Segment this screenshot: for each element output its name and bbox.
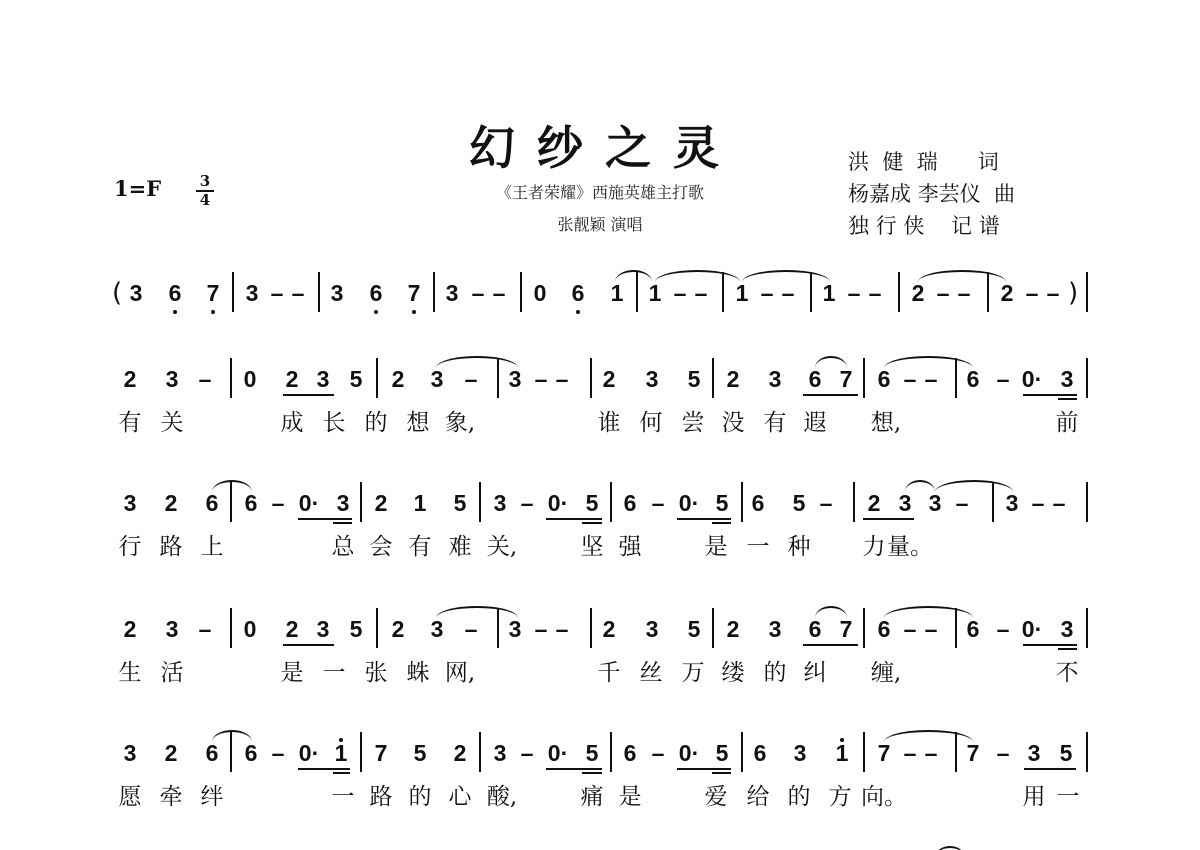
dash-extension: –: [925, 616, 938, 642]
barline: [853, 482, 855, 522]
note: 3: [130, 280, 143, 306]
note: 2: [727, 616, 740, 642]
lyric-char: 有: [409, 528, 432, 561]
note: 5: [688, 366, 701, 392]
barline: [1086, 272, 1088, 312]
dash-extension: –: [761, 280, 774, 306]
performer-credit: 张靓颖 演唱: [0, 212, 1200, 235]
note: 6: [624, 740, 637, 766]
dash-extension: –: [925, 740, 938, 766]
lyric-char: 遐: [804, 404, 827, 437]
low-octave-dot: [374, 310, 378, 314]
barline: [1086, 732, 1088, 772]
barline: [898, 272, 900, 312]
note: 0·: [1022, 366, 1042, 392]
note: 6: [752, 490, 765, 516]
note: 7: [408, 280, 421, 306]
barline: [479, 732, 481, 772]
lyric-char: 一: [1057, 778, 1080, 811]
note: 5: [586, 740, 599, 766]
lyric-char: 纠: [804, 654, 827, 687]
beam-underline: [803, 644, 858, 646]
lyric-char: 有: [119, 404, 142, 437]
barline: [590, 608, 592, 648]
dash-extension: –: [465, 616, 478, 642]
note: 3: [769, 616, 782, 642]
note: 2: [375, 490, 388, 516]
lyric-char: 是: [281, 654, 304, 687]
dash-extension: –: [472, 280, 485, 306]
barline: [863, 608, 865, 648]
lyric-char: 缠,: [871, 654, 901, 687]
note: 6: [809, 616, 822, 642]
lyric-char: 象,: [445, 404, 475, 437]
note: 0·: [299, 490, 319, 516]
beam-underline: [803, 394, 858, 396]
lyric-char: 前: [1056, 404, 1079, 437]
slur-tie: [615, 270, 652, 282]
low-octave-dot: [173, 310, 177, 314]
lyric-char: 缕: [722, 654, 745, 687]
lyric-char: 万: [682, 654, 705, 687]
barline: [360, 482, 362, 522]
lyric-char: 路: [370, 778, 393, 811]
slur-tie: [884, 606, 973, 618]
note: 7: [840, 616, 853, 642]
slur-tie: [905, 480, 935, 492]
barline: [433, 272, 435, 312]
lyric-char: 用: [1023, 778, 1046, 811]
key-signature: 1=F: [114, 176, 161, 201]
note: 2: [868, 490, 881, 516]
note: 6: [245, 490, 258, 516]
beam-underline: [677, 768, 731, 770]
note: 1: [611, 280, 624, 306]
lyric-char: 会: [370, 528, 393, 561]
note: 2: [727, 366, 740, 392]
dash-extension: –: [272, 740, 285, 766]
notation-row: 3266–0·32153–0·56–0·565–233–3––行路上总会有难关,…: [0, 490, 1200, 600]
note: 6: [572, 280, 585, 306]
note: 6: [809, 366, 822, 392]
dash-extension: –: [904, 616, 917, 642]
note: 6: [206, 490, 219, 516]
note: 1: [335, 740, 348, 766]
note: 3: [929, 490, 942, 516]
barline: [376, 358, 378, 398]
note: 3: [431, 616, 444, 642]
note: 3: [166, 366, 179, 392]
note: 5: [688, 616, 701, 642]
note: 7: [840, 366, 853, 392]
note: 2: [392, 366, 405, 392]
dash-extension: –: [556, 366, 569, 392]
note: 2: [286, 366, 299, 392]
high-octave-dot: [840, 738, 844, 742]
lyric-char: 关,: [487, 528, 517, 561]
note: 3: [1006, 490, 1019, 516]
lyric-char: 强: [619, 528, 642, 561]
dash-extension: –: [869, 280, 882, 306]
title-char: 纱: [537, 112, 605, 178]
dash-extension: –: [535, 366, 548, 392]
slur-tie: [935, 480, 1013, 492]
low-octave-dot: [576, 310, 580, 314]
dash-extension: –: [956, 490, 969, 516]
note: 6: [206, 740, 219, 766]
note: 3: [446, 280, 459, 306]
dash-extension: –: [997, 616, 1010, 642]
dash-extension: –: [521, 490, 534, 516]
lyric-char: 给: [747, 778, 770, 811]
lyric-char: 一: [323, 654, 346, 687]
high-octave-dot: [339, 738, 343, 742]
note: 5: [454, 490, 467, 516]
barline: [590, 358, 592, 398]
note: 3: [509, 616, 522, 642]
lyric-char: 绊: [201, 778, 224, 811]
transcriber-credit: 独 行 侠 记 谱: [848, 210, 1015, 242]
lyric-char: 痛: [581, 778, 604, 811]
note: 5: [414, 740, 427, 766]
slur-tie: [884, 730, 973, 742]
note: 0: [534, 280, 547, 306]
lyric-char: 的: [764, 654, 787, 687]
note: 3: [794, 740, 807, 766]
note: 3: [509, 366, 522, 392]
slur-tie: [918, 270, 1006, 282]
dash-extension: –: [493, 280, 506, 306]
dash-extension: –: [937, 280, 950, 306]
note: 0·: [679, 490, 699, 516]
lyric-char: 种: [788, 528, 811, 561]
lyric-char: 力: [863, 528, 886, 561]
dash-extension: –: [292, 280, 305, 306]
barline: [230, 358, 232, 398]
note: 2: [454, 740, 467, 766]
lyric-char: 想,: [871, 404, 901, 437]
dash-extension: –: [848, 280, 861, 306]
note: 5: [1060, 740, 1073, 766]
dash-extension: –: [199, 616, 212, 642]
dash-extension: –: [1032, 490, 1045, 516]
composer-credit: 杨嘉成 李芸仪 曲: [848, 178, 1015, 210]
note: 0: [244, 616, 257, 642]
beam-underline: [1024, 768, 1076, 770]
barline: [610, 482, 612, 522]
note: 2: [603, 366, 616, 392]
beam-underline: [333, 772, 350, 774]
note: 7: [207, 280, 220, 306]
dash-extension: –: [925, 366, 938, 392]
dash-extension: –: [652, 490, 665, 516]
note: 2: [603, 616, 616, 642]
lyric-char: 网,: [445, 654, 475, 687]
barline: [712, 358, 714, 398]
note: 2: [124, 616, 137, 642]
lyric-char: 总: [332, 528, 355, 561]
low-octave-dot: [211, 310, 215, 314]
low-octave-dot: [412, 310, 416, 314]
lyric-char: 谁: [598, 404, 621, 437]
beam-underline: [546, 518, 602, 520]
barline: [230, 608, 232, 648]
lyric-char: 张: [365, 654, 388, 687]
note: 6: [624, 490, 637, 516]
note: 1: [649, 280, 662, 306]
note: 3: [1028, 740, 1041, 766]
note: 3: [124, 490, 137, 516]
beam-underline: [298, 768, 350, 770]
lyric-char: 的: [788, 778, 811, 811]
barline: [479, 482, 481, 522]
note: 3: [317, 366, 330, 392]
dash-extension: –: [958, 280, 971, 306]
lyric-char: 是: [619, 778, 642, 811]
barline: [318, 272, 320, 312]
slur-tie: [436, 606, 518, 618]
notation-row: 23–023523–3––23523676––6–0·3生活是一张蛛网,千丝万缕…: [0, 616, 1200, 726]
note: 3: [166, 616, 179, 642]
note: 6: [169, 280, 182, 306]
note: 6: [878, 616, 891, 642]
dash-extension: –: [782, 280, 795, 306]
note: 3: [646, 616, 659, 642]
note: 3: [646, 366, 659, 392]
beam-underline: [546, 768, 602, 770]
dash-extension: –: [521, 740, 534, 766]
lyric-char: 没: [722, 404, 745, 437]
slur-tie: [815, 606, 847, 618]
beam-underline: [582, 772, 602, 774]
lyric-char: 是: [705, 528, 728, 561]
dash-extension: –: [695, 280, 708, 306]
note: 7: [967, 740, 980, 766]
note: 3: [494, 490, 507, 516]
note: 0·: [1022, 616, 1042, 642]
slur-tie: [212, 730, 252, 742]
lyric-char: 长: [323, 404, 346, 437]
lyric-char: 有: [764, 404, 787, 437]
dash-extension: –: [820, 490, 833, 516]
beam-underline: [712, 772, 731, 774]
song-title: 幻纱之灵: [0, 112, 1200, 178]
note: 6: [878, 366, 891, 392]
notation-row: 3266–0·17523–0·56–0·56317––7–35愿牵绊一路的心酸,…: [0, 740, 1200, 850]
note: 1: [736, 280, 749, 306]
dash-extension: –: [997, 366, 1010, 392]
note: 3: [769, 366, 782, 392]
note: 5: [793, 490, 806, 516]
dash-extension: –: [199, 366, 212, 392]
note: 3: [899, 490, 912, 516]
dash-extension: –: [272, 490, 285, 516]
note: 6: [967, 616, 980, 642]
slur-tie: [212, 480, 252, 492]
barline: [1086, 482, 1088, 522]
slur-tie: [655, 270, 740, 282]
note: 0·: [299, 740, 319, 766]
note: 2: [165, 740, 178, 766]
barline: [610, 732, 612, 772]
dash-extension: –: [556, 616, 569, 642]
note: 6: [245, 740, 258, 766]
dash-extension: –: [674, 280, 687, 306]
barline: [863, 732, 865, 772]
beam-underline: [298, 518, 352, 520]
lyric-char: 愿: [119, 778, 142, 811]
note: 2: [392, 616, 405, 642]
note: 1: [836, 740, 849, 766]
lyric-char: 生: [119, 654, 142, 687]
beam-underline: [1058, 648, 1077, 650]
barline: [1086, 358, 1088, 398]
note: 1: [414, 490, 427, 516]
note: 0·: [679, 740, 699, 766]
note: 3: [431, 366, 444, 392]
lyric-char: 的: [365, 404, 388, 437]
note: 1: [823, 280, 836, 306]
time-signature-top: 3: [196, 174, 214, 189]
note: 7: [878, 740, 891, 766]
beam-underline: [333, 522, 352, 524]
beam-underline: [1023, 644, 1077, 646]
song-subtitle: 《王者荣耀》西施英雄主打歌: [0, 180, 1200, 203]
dash-extension: –: [465, 366, 478, 392]
slur-tie: [742, 270, 830, 282]
time-signature-bottom: 4: [196, 193, 214, 208]
dash-extension: –: [535, 616, 548, 642]
note: 6: [370, 280, 383, 306]
lyric-char: 爱: [705, 778, 728, 811]
beam-underline: [283, 644, 334, 646]
barline: [741, 732, 743, 772]
lyric-char: 关: [161, 404, 184, 437]
beam-underline: [677, 518, 731, 520]
lyricist-credit: 洪 健 瑞 词: [848, 146, 1015, 178]
title-char: 之: [605, 112, 673, 178]
note: 0: [244, 366, 257, 392]
title-char: 灵: [673, 112, 741, 178]
lyric-char: 活: [161, 654, 184, 687]
note: 5: [350, 366, 363, 392]
beam-underline: [712, 522, 731, 524]
note: 5: [586, 490, 599, 516]
barline: [1086, 608, 1088, 648]
title-char: 幻: [469, 112, 537, 178]
beam-underline: [283, 394, 334, 396]
dash-extension: –: [1026, 280, 1039, 306]
note: 3: [331, 280, 344, 306]
dash-extension: –: [271, 280, 284, 306]
barline: [712, 608, 714, 648]
barline: [360, 732, 362, 772]
barline: [520, 272, 522, 312]
note: 3: [124, 740, 137, 766]
barline: [232, 272, 234, 312]
lyric-char: 一: [747, 528, 770, 561]
beam-underline: [1058, 398, 1077, 400]
barline: [376, 608, 378, 648]
lyric-char: 行: [119, 528, 142, 561]
lyric-char: 成: [281, 404, 304, 437]
lyric-char: 向。: [861, 778, 907, 811]
credits-block: 洪 健 瑞 词 杨嘉成 李芸仪 曲 独 行 侠 记 谱: [848, 146, 1015, 242]
barline: [741, 482, 743, 522]
note: 0·: [548, 740, 568, 766]
note: 2: [165, 490, 178, 516]
note: 3: [494, 740, 507, 766]
lyric-char: 丝: [640, 654, 663, 687]
note: 6: [754, 740, 767, 766]
lyric-char: 尝: [682, 404, 705, 437]
note: 2: [124, 366, 137, 392]
dash-extension: –: [652, 740, 665, 766]
note: 7: [375, 740, 388, 766]
beam-underline: [582, 522, 602, 524]
lyric-char: 路: [160, 528, 183, 561]
dash-extension: –: [1053, 490, 1066, 516]
lyric-char: 坚: [581, 528, 604, 561]
lyric-char: 一: [332, 778, 355, 811]
lyric-char: 牵: [160, 778, 183, 811]
note: 6: [967, 366, 980, 392]
lyric-char: 上: [201, 528, 224, 561]
lyric-char: 的: [409, 778, 432, 811]
dash-extension: –: [904, 366, 917, 392]
lyric-char: 想: [407, 404, 430, 437]
note: 3: [1061, 616, 1074, 642]
lyric-char: 酸,: [487, 778, 517, 811]
note: 2: [286, 616, 299, 642]
lyric-char: 量。: [887, 528, 933, 561]
note: 2: [912, 280, 925, 306]
note: 3: [317, 616, 330, 642]
barline: [863, 358, 865, 398]
dash-extension: –: [997, 740, 1010, 766]
notation-row: 23–023523–3––23523676––6–0·3有关成长的想象,谁何尝没…: [0, 366, 1200, 476]
note: 0·: [548, 490, 568, 516]
note: 5: [350, 616, 363, 642]
dash-extension: –: [1047, 280, 1060, 306]
note: 5: [716, 490, 729, 516]
note: 2: [1001, 280, 1014, 306]
repeat-paren: ): [1068, 278, 1078, 308]
dash-extension: –: [904, 740, 917, 766]
lyric-char: 不: [1056, 654, 1079, 687]
time-signature: 3 4: [196, 174, 214, 208]
lyric-char: 何: [640, 404, 663, 437]
beam-underline: [863, 518, 914, 520]
lyric-char: 心: [449, 778, 472, 811]
lyric-char: 蛛: [407, 654, 430, 687]
lyric-char: 难: [449, 528, 472, 561]
note: 5: [716, 740, 729, 766]
note: 3: [1061, 366, 1074, 392]
note: 3: [246, 280, 259, 306]
beam-underline: [1023, 394, 1077, 396]
repeat-paren: (: [112, 278, 122, 308]
note: 3: [337, 490, 350, 516]
lyric-char: 千: [598, 654, 621, 687]
lyric-char: 方: [829, 778, 852, 811]
